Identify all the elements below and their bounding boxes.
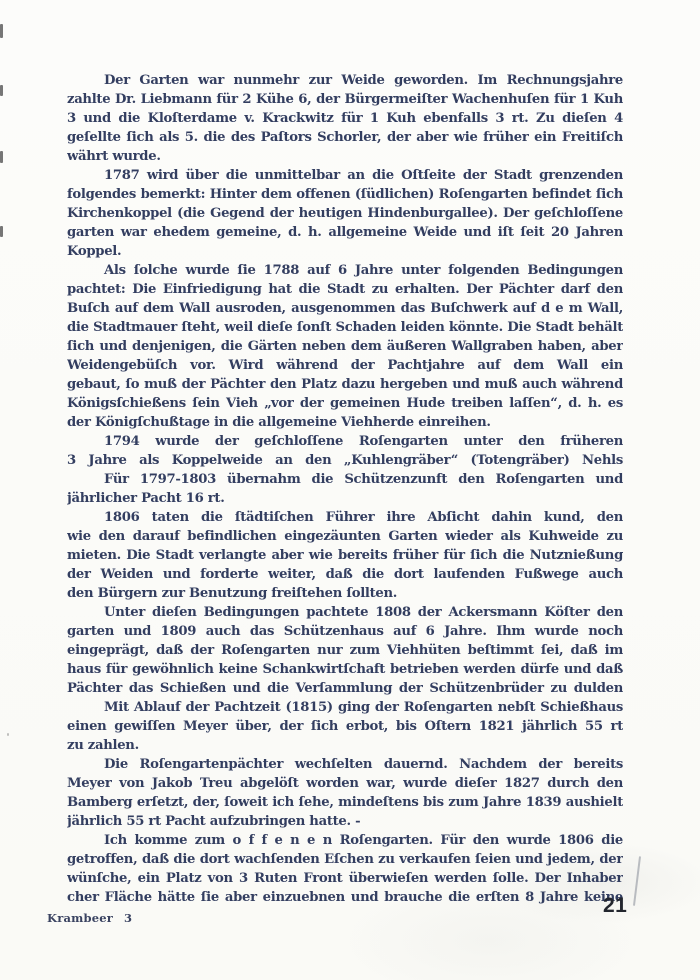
scan-edge-mark (0, 226, 3, 237)
text-line: Meyer von Jakob Treu abgelöſt worden war… (67, 774, 623, 793)
paragraph: Ich komme zum o f f e n e n Roſengarten.… (67, 831, 623, 907)
text-line: folgendes bemerkt: Hinter dem offenen (ſ… (67, 185, 623, 204)
text-line: Die Roſengartenpächter wechſelten dauern… (67, 755, 623, 774)
text-line: die Stadtmauer ſteht, weil dieſe ſonſt S… (67, 318, 623, 337)
text-line: der Königſchußtage in die allgemeine Vie… (67, 413, 623, 432)
page-number: 21 (603, 894, 627, 918)
paragraph: Die Roſengartenpächter wechſelten dauern… (67, 755, 623, 831)
scan-edge-mark (0, 151, 3, 163)
text-line: zu zahlen. (67, 736, 623, 755)
scanned-book-page: Der Garten war nunmehr zur Weide geworde… (0, 0, 700, 980)
text-block: Der Garten war nunmehr zur Weide geworde… (67, 71, 623, 907)
scan-scratch-mark (633, 856, 641, 906)
text-line: jährlich 55 rt Pacht aufzubringen hatte.… (67, 812, 623, 831)
text-line: Weidengebüſch vor. Wird während der Pach… (67, 356, 623, 375)
text-line: gebaut, ſo muß der Pächter den Platz daz… (67, 375, 623, 394)
text-line: eingeprägt, daß der Roſengarten nur zum … (67, 641, 623, 660)
signature-name: Krambeer (47, 911, 113, 925)
text-line: Unter dieſen Bedingungen pachtete 1808 d… (67, 603, 623, 622)
text-line: garten und 1809 auch das Schützenhaus au… (67, 622, 623, 641)
paragraph: Unter dieſen Bedingungen pachtete 1808 d… (67, 603, 623, 698)
paragraph: Der Garten war nunmehr zur Weide geworde… (67, 71, 623, 166)
text-line: der Weiden und forderte weiter, daß die … (67, 565, 623, 584)
text-line: 3 Jahre als Koppelweide an den „Kuhlengr… (67, 451, 623, 470)
text-line: Kirchenkoppel (die Gegend der heutigen H… (67, 204, 623, 223)
text-line: haus für gewöhnlich keine Schankwirtſcha… (67, 660, 623, 679)
paragraph: 1794 wurde der geſchloſſene Roſengarten … (67, 432, 623, 470)
text-line: garten war ehedem gemeine, d. h. allgeme… (67, 223, 623, 242)
text-line: jährlicher Pacht 16 rt. (67, 489, 623, 508)
text-line: getroffen, daß die dort wachſenden Eſche… (67, 850, 623, 869)
text-line: Der Garten war nunmehr zur Weide geworde… (67, 71, 623, 90)
paragraph: 1806 taten die ſtädtiſchen Führer ihre A… (67, 508, 623, 603)
paragraph: 1787 wird über die unmittelbar an die Oſ… (67, 166, 623, 261)
text-line: wie den darauf befindlichen eingezäunten… (67, 527, 623, 546)
text-line: Koppel. (67, 242, 623, 261)
text-line: mieten. Die Stadt verlangte aber wie ber… (67, 546, 623, 565)
text-line: Pächter das Schießen und die Verſammlung… (67, 679, 623, 698)
text-line: 3 und die Kloſterdame v. Krackwitz für 1… (67, 109, 623, 128)
paragraph: Als ſolche wurde ſie 1788 auf 6 Jahre un… (67, 261, 623, 432)
text-line: einen gewiſſen Meyer über, der ſich erbo… (67, 717, 623, 736)
sheet-number: 3 (124, 911, 132, 925)
text-line: zahlte Dr. Liebmann für 2 Kühe 6, der Bü… (67, 90, 623, 109)
scan-edge-mark (0, 85, 3, 96)
text-line: 1806 taten die ſtädtiſchen Führer ihre A… (67, 508, 623, 527)
text-line: ſich und denjenigen, die Gärten neben de… (67, 337, 623, 356)
paragraph: Mit Ablauf der Pachtzeit (1815) ging der… (67, 698, 623, 755)
text-line: pachtet: Die Einfriedigung hat die Stadt… (67, 280, 623, 299)
text-line: währt wurde. (67, 147, 623, 166)
text-line: Bamberg erſetzt, der, ſoweit ich ſehe, m… (67, 793, 623, 812)
scan-speck (7, 733, 9, 736)
text-line: cher Fläche hätte ſie aber einzuebnen un… (67, 888, 623, 907)
scan-edge-mark (0, 24, 3, 38)
text-line: geſellte ſich als 5. die des Paſtors Sch… (67, 128, 623, 147)
text-line: 1794 wurde der geſchloſſene Roſengarten … (67, 432, 623, 451)
text-line: Für 1797-1803 übernahm die Schützenzunft… (67, 470, 623, 489)
text-line: Buſch auf dem Wall ausroden, ausgenommen… (67, 299, 623, 318)
text-line: 1787 wird über die unmittelbar an die Oſ… (67, 166, 623, 185)
text-line: wünſche, ein Platz von 3 Ruten Front übe… (67, 869, 623, 888)
text-line: Mit Ablauf der Pachtzeit (1815) ging der… (67, 698, 623, 717)
text-line: Als ſolche wurde ſie 1788 auf 6 Jahre un… (67, 261, 623, 280)
text-line: den Bürgern zur Benutzung freiſtehen ſol… (67, 584, 623, 603)
paragraph: Für 1797-1803 übernahm die Schützenzunft… (67, 470, 623, 508)
text-line: Königsſchießens ſein Vieh „vor der gemei… (67, 394, 623, 413)
text-line: Ich komme zum o f f e n e n Roſengarten.… (67, 831, 623, 850)
footer-signature: Krambeer3 (47, 911, 132, 925)
